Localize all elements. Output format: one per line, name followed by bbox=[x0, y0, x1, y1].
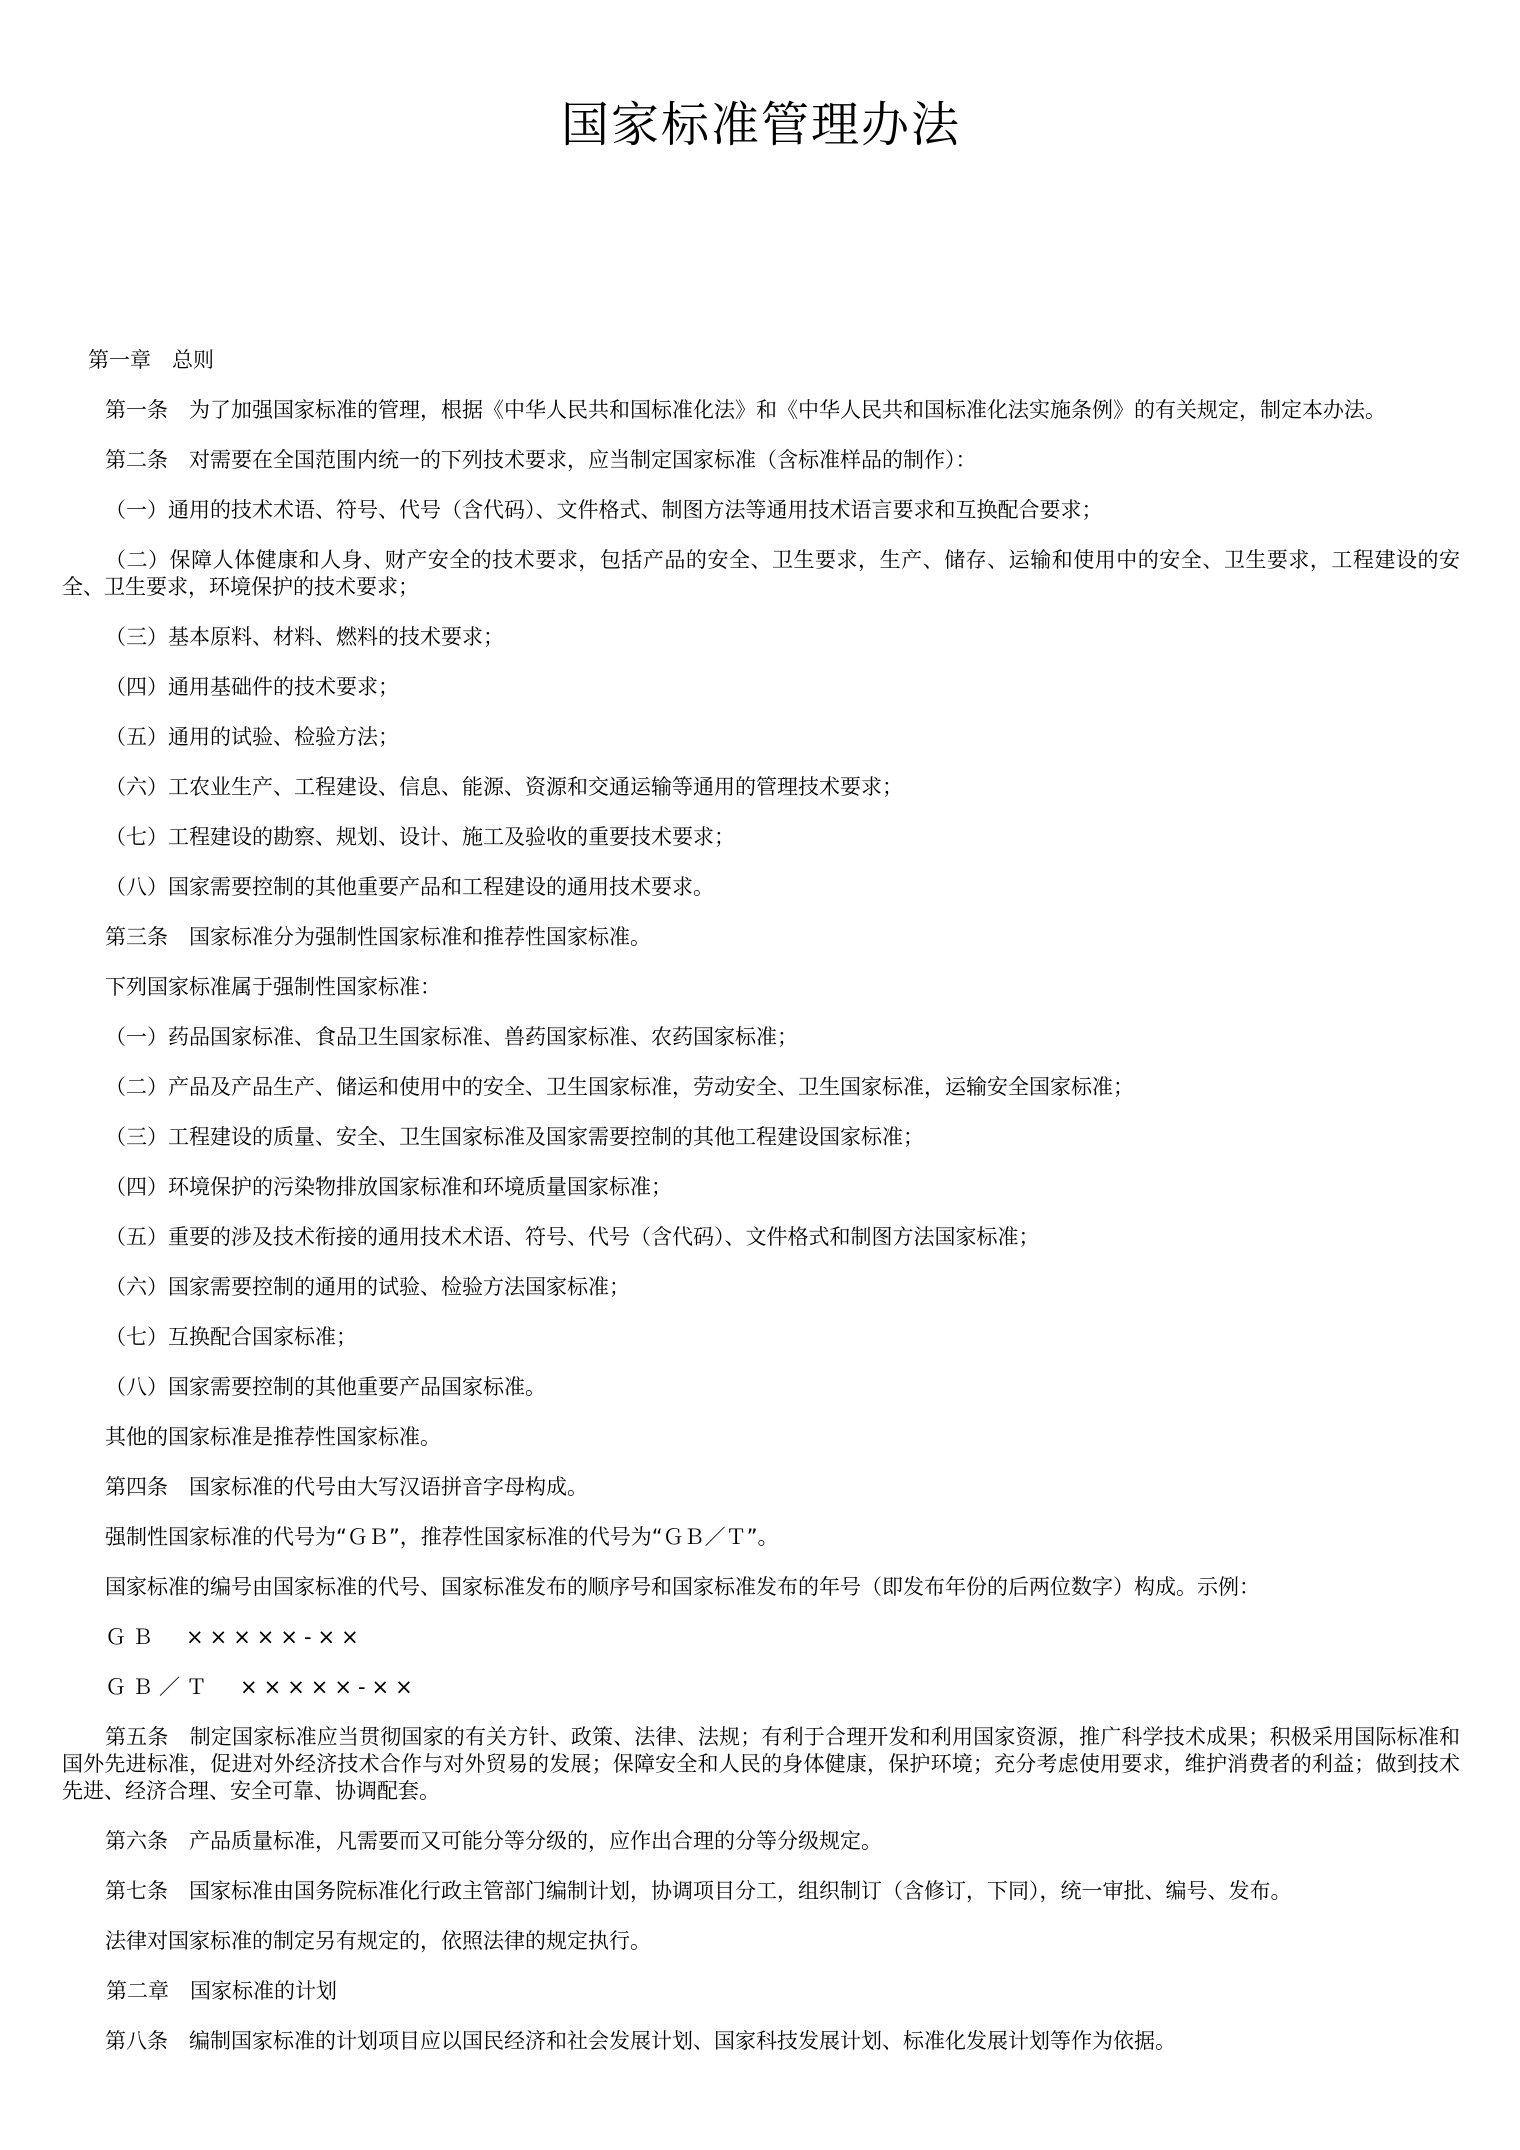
document-body: 第一章 总则第一条 为了加强国家标准的管理，根据《中华人民共和国标准化法》和《中… bbox=[62, 347, 1460, 2055]
paragraph: （三）基本原料、材料、燃料的技术要求； bbox=[62, 624, 1460, 651]
paragraph: ＧＢ ×××××-×× bbox=[62, 1624, 1460, 1651]
paragraph: （七）工程建设的勘察、规划、设计、施工及验收的重要技术要求； bbox=[62, 824, 1460, 851]
document-page: 国家标准管理办法 第一章 总则第一条 为了加强国家标准的管理，根据《中华人民共和… bbox=[0, 0, 1520, 2150]
paragraph: （六）国家需要控制的通用的试验、检验方法国家标准； bbox=[62, 1274, 1460, 1301]
chapter-heading: 第一章 总则 bbox=[62, 347, 1460, 374]
paragraph: 强制性国家标准的代号为“ＧＢ”，推荐性国家标准的代号为“ＧＢ／Ｔ”。 bbox=[62, 1524, 1460, 1551]
document-title: 国家标准管理办法 bbox=[62, 96, 1460, 154]
paragraph: 第六条 产品质量标准，凡需要而又可能分等分级的，应作出合理的分等分级规定。 bbox=[62, 1828, 1460, 1855]
paragraph: 第四条 国家标准的代号由大写汉语拼音字母构成。 bbox=[62, 1474, 1460, 1501]
paragraph: （二）保障人体健康和人身、财产安全的技术要求，包括产品的安全、卫生要求，生产、储… bbox=[62, 547, 1460, 601]
paragraph: （四）通用基础件的技术要求； bbox=[62, 674, 1460, 701]
paragraph: （六）工农业生产、工程建设、信息、能源、资源和交通运输等通用的管理技术要求； bbox=[62, 774, 1460, 801]
paragraph: （五）通用的试验、检验方法； bbox=[62, 724, 1460, 751]
paragraph: 其他的国家标准是推荐性国家标准。 bbox=[62, 1424, 1460, 1451]
paragraph: （一）通用的技术术语、符号、代号（含代码）、文件格式、制图方法等通用技术语言要求… bbox=[62, 497, 1460, 524]
paragraph: ＧＢ／Ｔ ×××××-×× bbox=[62, 1674, 1460, 1701]
paragraph: （三）工程建设的质量、安全、卫生国家标准及国家需要控制的其他工程建设国家标准； bbox=[62, 1124, 1460, 1151]
chapter-heading: 第二章 国家标准的计划 bbox=[62, 1978, 1460, 2005]
paragraph: 法律对国家标准的制定另有规定的，依照法律的规定执行。 bbox=[62, 1928, 1460, 1955]
paragraph: （一）药品国家标准、食品卫生国家标准、兽药国家标准、农药国家标准； bbox=[62, 1024, 1460, 1051]
paragraph: 第三条 国家标准分为强制性国家标准和推荐性国家标准。 bbox=[62, 924, 1460, 951]
paragraph: 下列国家标准属于强制性国家标准： bbox=[62, 974, 1460, 1001]
paragraph: （八）国家需要控制的其他重要产品和工程建设的通用技术要求。 bbox=[62, 874, 1460, 901]
paragraph: 国家标准的编号由国家标准的代号、国家标准发布的顺序号和国家标准发布的年号（即发布… bbox=[62, 1574, 1460, 1601]
paragraph: 第八条 编制国家标准的计划项目应以国民经济和社会发展计划、国家科技发展计划、标准… bbox=[62, 2028, 1460, 2055]
paragraph: （五）重要的涉及技术衔接的通用技术术语、符号、代号（含代码）、文件格式和制图方法… bbox=[62, 1224, 1460, 1251]
paragraph: 第七条 国家标准由国务院标准化行政主管部门编制计划，协调项目分工，组织制订（含修… bbox=[62, 1878, 1460, 1905]
paragraph: （四）环境保护的污染物排放国家标准和环境质量国家标准； bbox=[62, 1174, 1460, 1201]
paragraph: （二）产品及产品生产、储运和使用中的安全、卫生国家标准，劳动安全、卫生国家标准，… bbox=[62, 1074, 1460, 1101]
paragraph: 第五条 制定国家标准应当贯彻国家的有关方针、政策、法律、法规；有利于合理开发和利… bbox=[62, 1724, 1460, 1805]
paragraph: （八）国家需要控制的其他重要产品国家标准。 bbox=[62, 1374, 1460, 1401]
paragraph: （七）互换配合国家标准； bbox=[62, 1324, 1460, 1351]
paragraph: 第一条 为了加强国家标准的管理，根据《中华人民共和国标准化法》和《中华人民共和国… bbox=[62, 397, 1460, 424]
paragraph: 第二条 对需要在全国范围内统一的下列技术要求，应当制定国家标准（含标准样品的制作… bbox=[62, 447, 1460, 474]
